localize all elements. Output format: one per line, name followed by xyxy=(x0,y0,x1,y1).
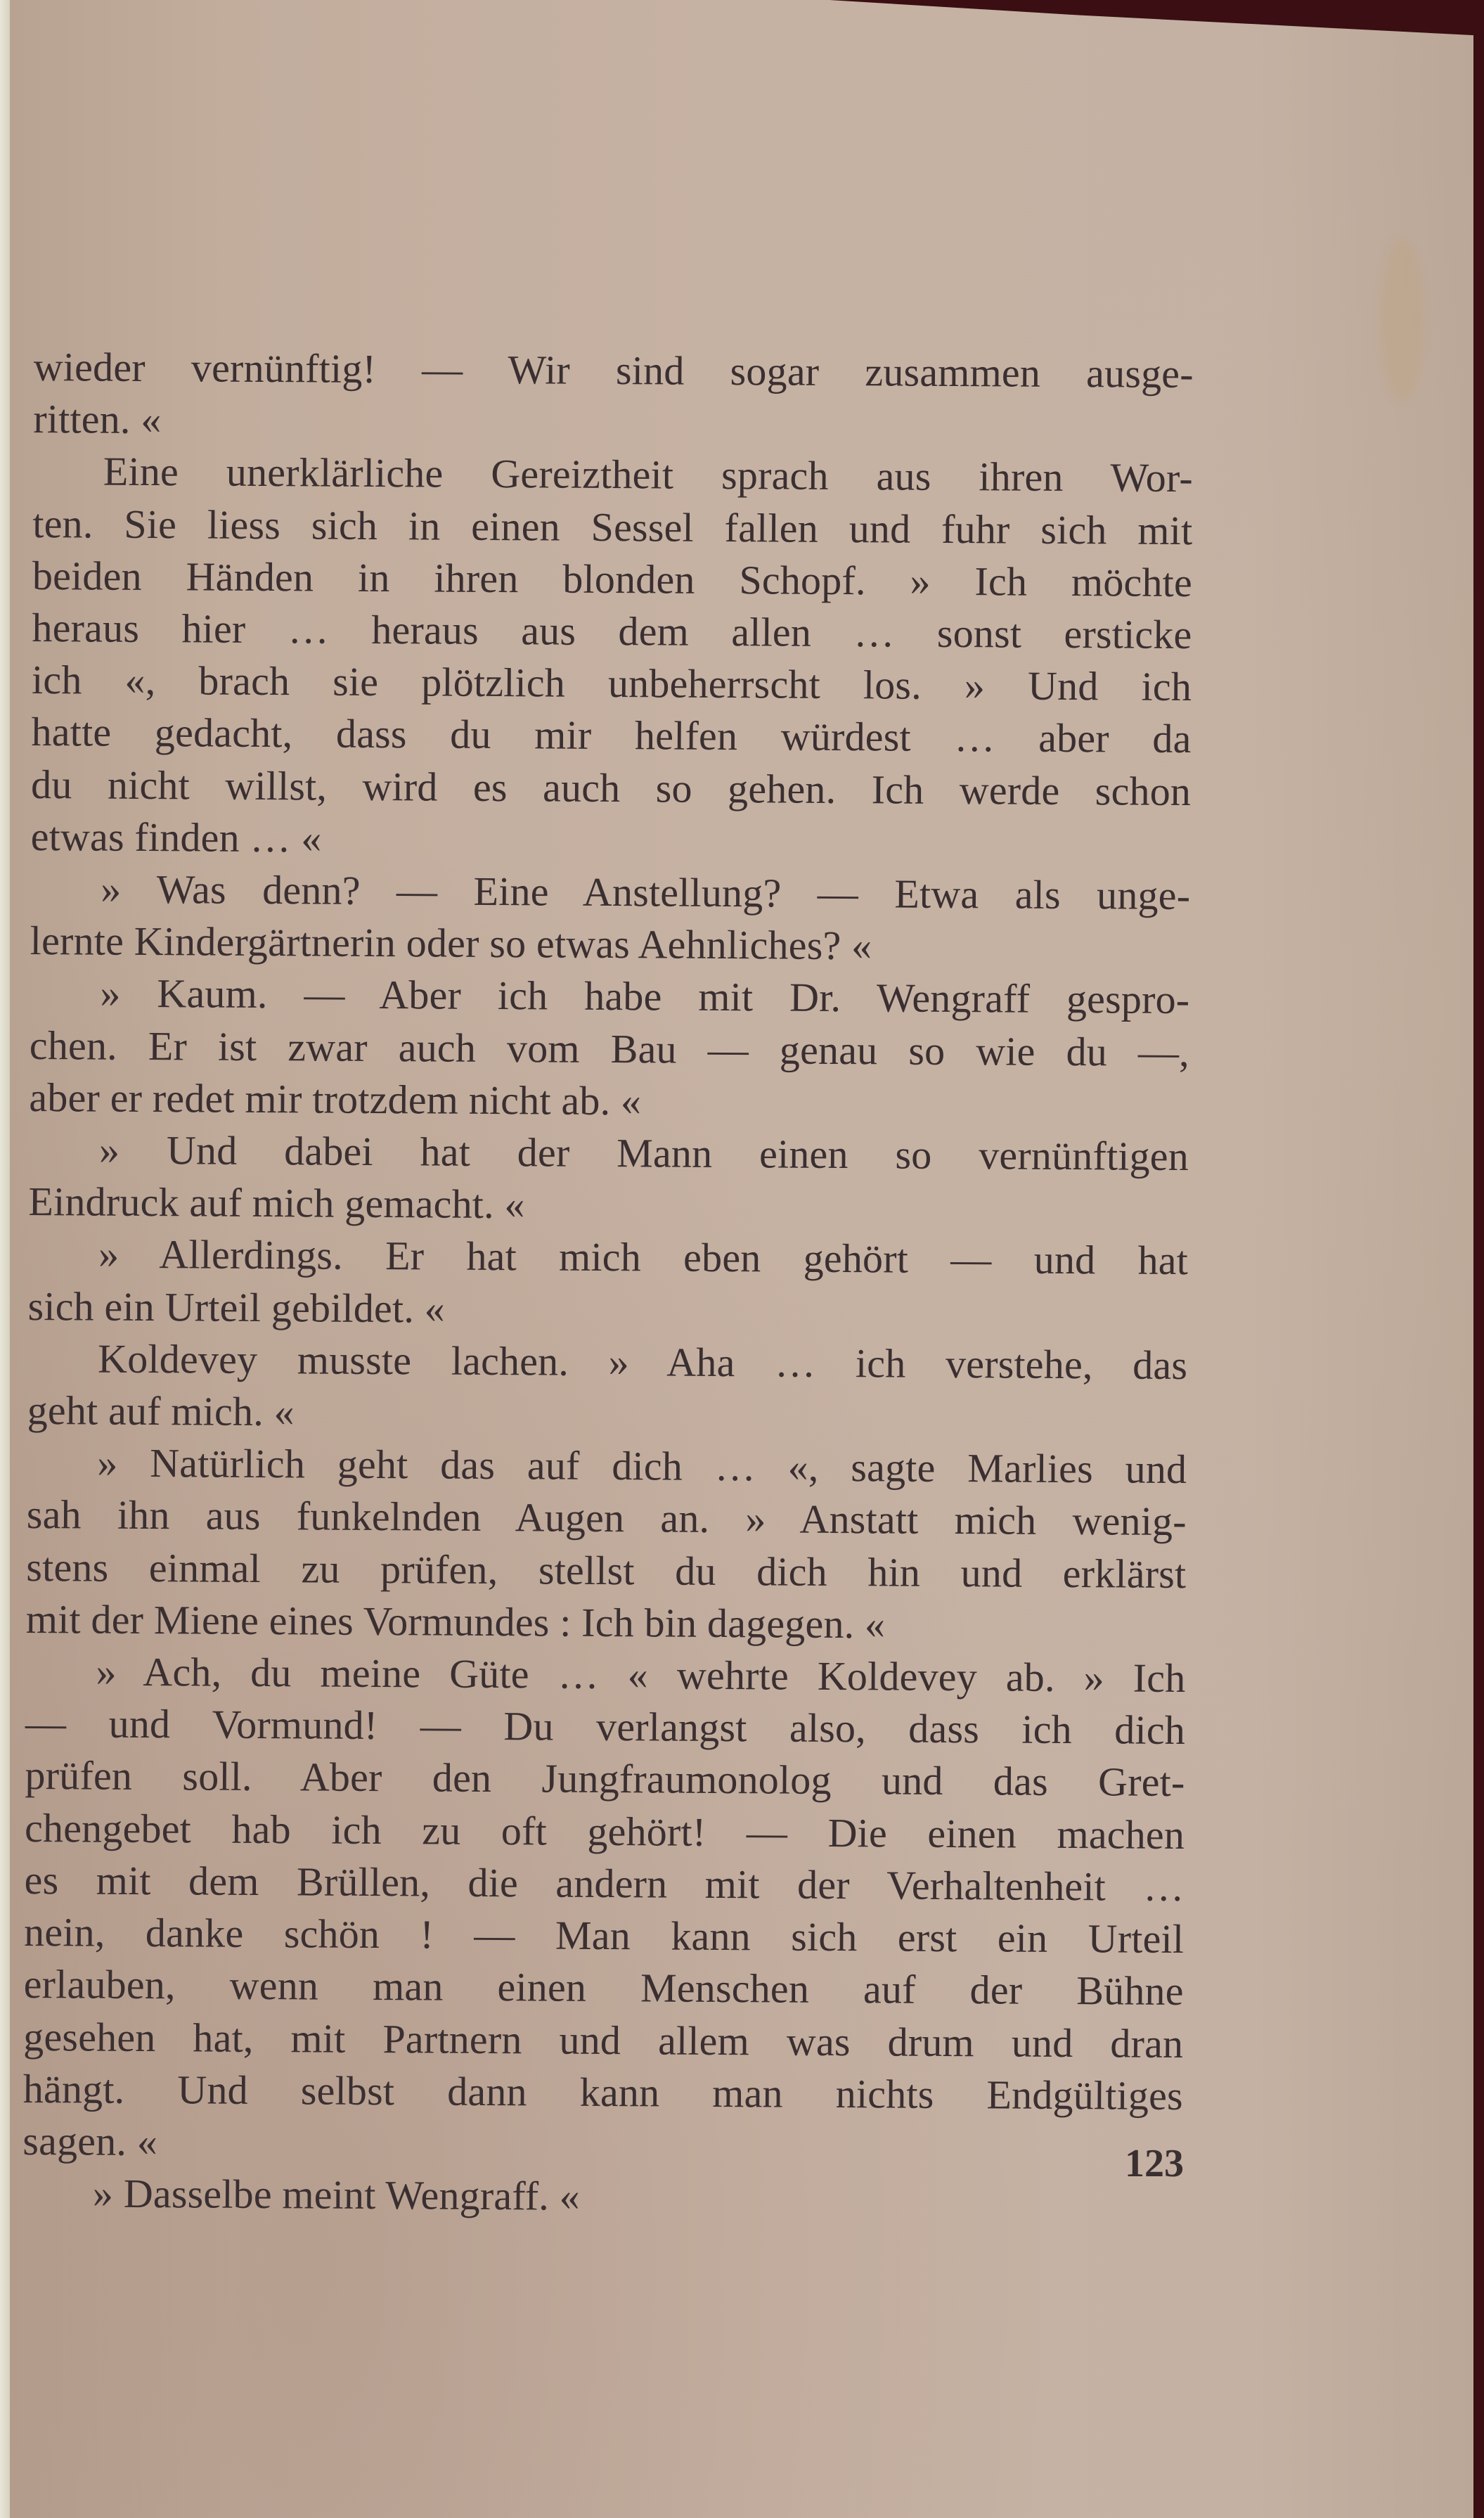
text-line: sich ein Urteil gebildet. « xyxy=(27,1280,1187,1340)
text-line: lernte Kindergärtnerin oder so etwas Aeh… xyxy=(30,915,1190,974)
paper-stain xyxy=(1381,239,1423,401)
text-line: heraus hier … heraus aus dem allen … son… xyxy=(32,602,1192,661)
text-line: beiden Händen in ihren blonden Schopf. »… xyxy=(32,550,1192,609)
text-line: hängt. Und selbst dann kann man nichts E… xyxy=(23,2063,1183,2122)
text-line: chengebet hab ich zu oft gehört! — Die e… xyxy=(25,1802,1185,1861)
text-line: » Natürlich geht das auf dich … «, sagte… xyxy=(27,1437,1187,1496)
text-line: Koldevey musste lachen. » Aha … ich vers… xyxy=(27,1332,1187,1392)
photo-scene: wieder vernünftig! — Wir sind sogar zusa… xyxy=(0,0,1484,2518)
text-line: es mit dem Brüllen, die andern mit der V… xyxy=(24,1854,1184,1913)
text-line: » Ach, du meine Güte … « wehrte Koldevey… xyxy=(25,1645,1185,1704)
text-line: Eine unerklärliche Gereiztheit sprach au… xyxy=(33,445,1193,504)
text-line: — und Vormund! — Du verlangst also, dass… xyxy=(25,1697,1185,1756)
text-line: prüfen soll. Aber den Jungfraumonolog un… xyxy=(25,1749,1185,1809)
text-line: stens einmal zu prüfen, stellst du dich … xyxy=(26,1541,1186,1600)
text-line: chen. Er ist zwar auch vom Bau — genau s… xyxy=(30,1020,1189,1079)
text-line: ritten. « xyxy=(33,393,1193,452)
text-line: » Und dabei hat der Mann einen so vernün… xyxy=(29,1124,1189,1183)
text-line: du nicht willst, wird es auch so gehen. … xyxy=(31,759,1191,818)
text-line: aber er redet mir trotzdem nicht ab. « xyxy=(29,1072,1189,1131)
text-line: geht auf mich. « xyxy=(27,1385,1187,1444)
text-line: mit der Miene eines Vormundes : Ich bin … xyxy=(26,1593,1186,1652)
text-line: » Dasselbe meint Wengraff. « xyxy=(22,2167,1182,2226)
body-text: wieder vernünftig! — Wir sind sogar zusa… xyxy=(22,341,1194,2226)
text-line: gesehen hat, mit Partnern und allem was … xyxy=(23,2010,1183,2069)
text-line: erlauben, wenn man einen Menschen auf de… xyxy=(23,1958,1183,2017)
text-line: ten. Sie liess sich in einen Sessel fall… xyxy=(32,498,1192,557)
text-line: wieder vernünftig! — Wir sind sogar zusa… xyxy=(34,341,1194,400)
page-number: 123 xyxy=(1125,2141,1184,2186)
text-line: Eindruck auf mich gemacht. « xyxy=(28,1176,1188,1235)
text-line: nein, danke schön ! — Man kann sich erst… xyxy=(24,1906,1184,1965)
text-line: sagen. « xyxy=(22,2115,1182,2174)
text-line: sah ihn aus funkelnden Augen an. » Ansta… xyxy=(27,1489,1187,1548)
text-line: » Allerdings. Er hat mich eben gehört — … xyxy=(28,1228,1188,1287)
text-line: etwas finden … « xyxy=(30,811,1190,870)
text-line: ich «, brach sie plötzlich unbeherrscht … xyxy=(32,654,1192,713)
text-line: » Was denn? — Eine Anstellung? — Etwa al… xyxy=(30,863,1190,922)
text-line: hatte gedacht, dass du mir helfen würdes… xyxy=(31,706,1191,765)
text-line: » Kaum. — Aber ich habe mit Dr. Wengraff… xyxy=(30,967,1189,1026)
